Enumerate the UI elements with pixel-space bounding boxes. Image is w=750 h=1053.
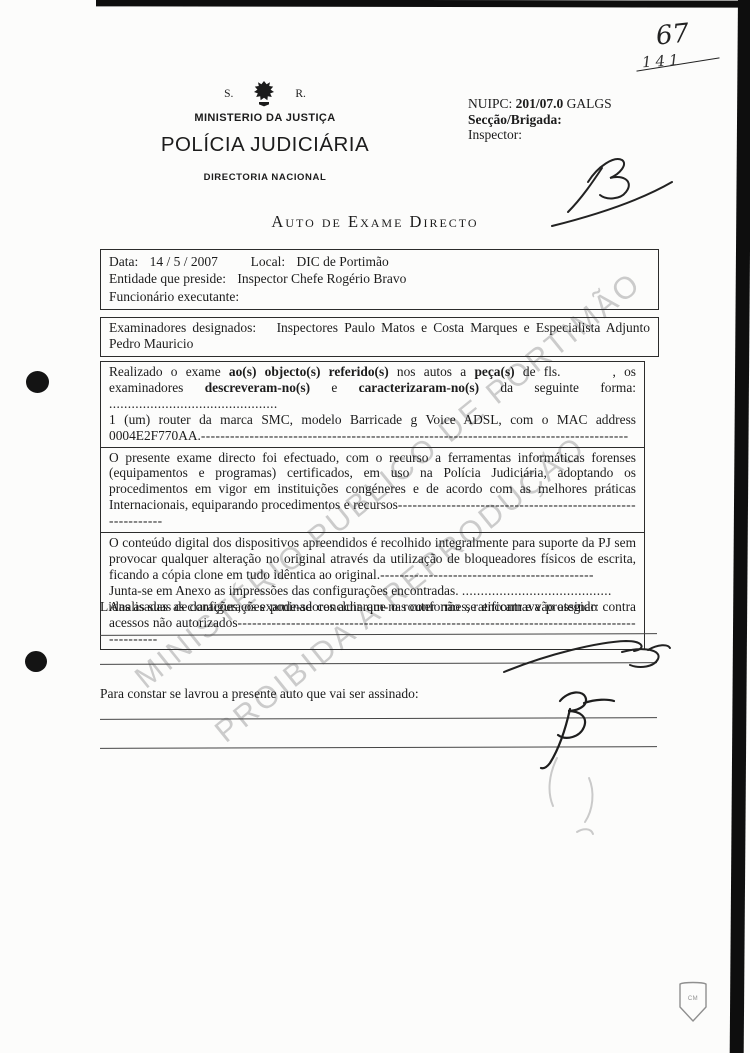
paper-seal-stamp: CM — [674, 980, 712, 1024]
exam-section-procedure: O presente exame directo foi efectuado, … — [101, 447, 644, 533]
presiding-entity-row: Entidade que preside: Inspector Chefe Ro… — [109, 270, 650, 287]
organization-name: POLÍCIA JUDICIÁRIA — [158, 133, 372, 157]
executing-officer-label: Funcionário executante: — [109, 289, 239, 304]
location-label: Local: — [251, 254, 285, 269]
crest-r-label: R. — [295, 88, 306, 100]
section-brigade-label: Secção/Brigada: — [468, 112, 708, 128]
stamp-text: CM — [674, 996, 712, 1002]
punch-hole-bottom — [25, 651, 47, 672]
date-location-row: Data: 14 / 5 / 2007 Local: DIC de Portim… — [109, 253, 650, 270]
examiner-signature — [498, 622, 673, 682]
inspector-label: Inspector: — [468, 127, 708, 143]
exam-intro-paragraph: Realizado o exame ao(s) objecto(s) refer… — [109, 364, 636, 412]
annex-paragraph: Junta-se em Anexo as impressões das conf… — [109, 583, 636, 599]
presiding-entity-label: Entidade que preside: — [109, 271, 226, 286]
crest-row: S. R. — [158, 80, 372, 107]
object-description-paragraph: 1 (um) router da marca SMC, modelo Barri… — [109, 412, 636, 444]
national-crest-icon — [249, 80, 279, 107]
declarations-statement: Lidas as suas declarações, os examinador… — [100, 599, 660, 615]
presiding-entity-value: Inspector Chefe Rogério Bravo — [237, 271, 406, 286]
procedure-paragraph: O presente exame directo foi efectuado, … — [109, 450, 636, 530]
nuipc-number: 201/07.0 — [516, 96, 564, 111]
date-label: Data: — [109, 254, 138, 269]
punch-hole-top — [26, 371, 49, 393]
nuipc-row: NUIPC: 201/07.0 GALGS — [468, 96, 708, 112]
letterhead: S. R. MINISTERIO DA JUSTIÇA POLÍCIA JUDI… — [158, 80, 372, 183]
scanned-document-page: MINISTÉRIO PÚBLICO DE PORTIMÃO PROIBIDA … — [0, 0, 750, 1053]
nuipc-label: NUIPC: — [468, 96, 512, 111]
examiners-box: Examinadores designados: Inspectores Pau… — [100, 317, 659, 357]
directorate-name: DIRECTORIA NACIONAL — [158, 172, 372, 183]
crest-s-label: S. — [224, 88, 233, 100]
case-reference-block: NUIPC: 201/07.0 GALGS Secção/Brigada: In… — [468, 96, 708, 143]
date-value: 14 / 5 / 2007 — [150, 254, 218, 269]
location-value: DIC de Portimão — [297, 254, 389, 269]
examiners-label: Examinadores designados: — [109, 320, 256, 335]
executing-officer-row: Funcionário executante: — [109, 288, 650, 305]
handwritten-folio-number: 67 — [655, 18, 691, 51]
clerk-signature — [518, 683, 618, 778]
nuipc-suffix: GALGS — [567, 96, 612, 111]
data-collection-paragraph: O conteúdo digital dos dispositivos apre… — [109, 535, 636, 583]
exam-info-box: Data: 14 / 5 / 2007 Local: DIC de Portim… — [100, 249, 659, 310]
ministry-name: MINISTERIO DA JUSTIÇA — [158, 112, 372, 124]
inspector-signature — [548, 142, 678, 232]
exam-section-object: Realizado o exame ao(s) objecto(s) refer… — [101, 362, 644, 447]
shield-stamp-icon — [674, 980, 712, 1024]
